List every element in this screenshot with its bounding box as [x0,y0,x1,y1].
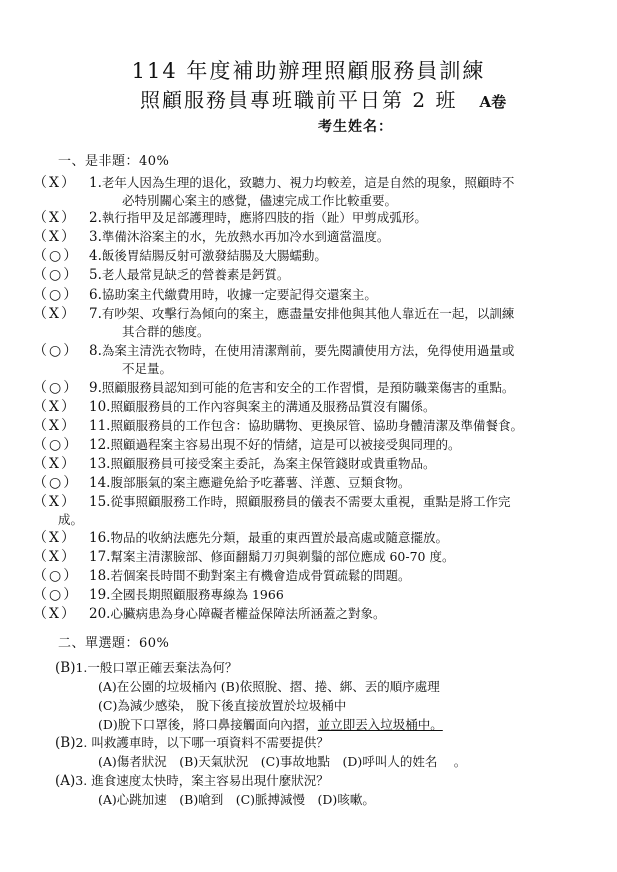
tf-item-12: （○）12.照顧過程案主容易出現不好的情緒，這是可以被接受與同理的。 [33,436,593,454]
tf-item-13: （X）13.照顧服務員可接受案主委託，為案主保管錢財或貴重物品。 [33,455,593,473]
section-true-false-heading: 一、是非題：40% [58,150,169,169]
tf-item-3: （X）3.準備沐浴案主的水，先放熱水再加冷水到適當溫度。 [33,228,593,246]
section-multiple-choice-heading: 二、單選題：60% [58,632,169,651]
tf-item-20: （X）20.心臟病患為身心障礙者權益保障法所涵蓋之對象。 [33,605,593,623]
tf-item-8: （○）8.為案主清洗衣物時，在使用清潔劑前，要先閱讀使用方法，免得使用過量或 不… [33,342,593,377]
exam-version-label: A卷 [479,93,506,111]
mc-question-2: (B)2. 叫救護車時，以下哪一項資料不需要提供？ [55,734,329,752]
class-name: 照顧服務員專班職前平日第 2 班 [140,88,457,112]
tf-item-2: （X）2.執行指甲及足部護理時，應將四肢的指（趾）甲剪成弧形。 [33,209,593,227]
tf-item-1: （X）1.老年人因為生理的退化，致聽力、視力均較差，這是自然的現象，照顧時不 必… [33,174,593,209]
mc-question-3: (A)3. 進食速度太快時，案主容易出現什麼狀況？ [55,772,329,790]
class-title: 照顧服務員專班職前平日第 2 班A卷 [140,87,506,115]
tf-item-19: （○）19.全國長期照顧服務專線為 1966 [33,586,593,604]
exam-title: 114 年度補助辦理照顧服務員訓練 [0,58,617,84]
tf-item-15: （X）15.從事照顧服務工作時，照顧服務員的儀表不需要太重視，重點是將工作完 成… [33,493,593,528]
tf-item-4: （○）4.飯後胃結腸反射可激發結腸及大腸蠕動。 [33,247,593,265]
mc-q2-options: (A)傷者狀況 (B)天氣狀況 (C)事故地點 (D)呼叫人的姓名 。 [98,753,466,770]
tf-item-16: （X）16.物品的收納法應先分類，最重的東西置於最高處或隨意擺放。 [33,529,593,547]
tf-item-14: （○）14.腹部脹氣的案主應避免給予吃蕃薯、洋蔥、豆類食物。 [33,474,593,492]
mc-q1-option-d: (D)脫下口罩後，將口鼻接觸面向內摺，並立即丟入垃圾桶中。 [98,716,443,733]
tf-question-text: 老年人因為生理的退化，致聽力、視力均較差，這是自然的現象，照顧時不 [102,175,515,190]
tf-item-10: （X）10.照顧服務員的工作內容與案主的溝通及服務品質沒有關係。 [33,398,593,416]
tf-item-11: （X）11.照顧服務員的工作包含：協助購物、更換尿管、協助身體清潔及準備餐食。 [33,417,593,435]
mc-q1-options-ab: (A)在公園的垃圾桶內 (B)依照脫、摺、捲、綁、丟的順序處理 [98,678,440,695]
tf-question-continuation: 必特別關心案主的感覺，儘速完成工作比較重要。 [33,192,593,209]
tf-item-9: （○）9.照顧服務員認知到可能的危害和安全的工作習慣，是預防職業傷害的重點。 [33,379,593,397]
mc-answer: (B) [55,660,75,676]
mc-question-1: (B)1.一般口罩正確丟棄法為何？ [55,659,237,677]
tf-item-6: （○）6.協助案主代繳費用時，收據一定要記得交還案主。 [33,286,593,304]
mc-question-text: 一般口罩正確丟棄法為何？ [87,660,237,675]
tf-item-17: （X）17.幫案主清潔臉部、修面翻鬍刀刃與剃鬚的部位應成 60-70 度。 [33,548,593,566]
tf-answer: （X） [33,175,89,192]
examinee-name-label: 考生姓名： [318,116,393,136]
mc-q1-option-c: (C)為減少感染， 脫下後直接放置於垃圾桶中 [98,697,346,714]
tf-item-5: （○）5.老人最常見缺乏的營養素是鈣質。 [33,266,593,284]
tf-item-18: （○）18.若個案長時間不動對案主有機會造成骨質疏鬆的問題。 [33,567,593,585]
mc-q3-options: (A)心跳加速 (B)嗆到 (C)脈搏減慢 (D)咳嗽。 [98,791,375,808]
tf-item-7: （X）7.有吵架、攻擊行為傾向的案主，應盡量安排他與其他人靠近在一起，以訓練 其… [33,305,593,340]
